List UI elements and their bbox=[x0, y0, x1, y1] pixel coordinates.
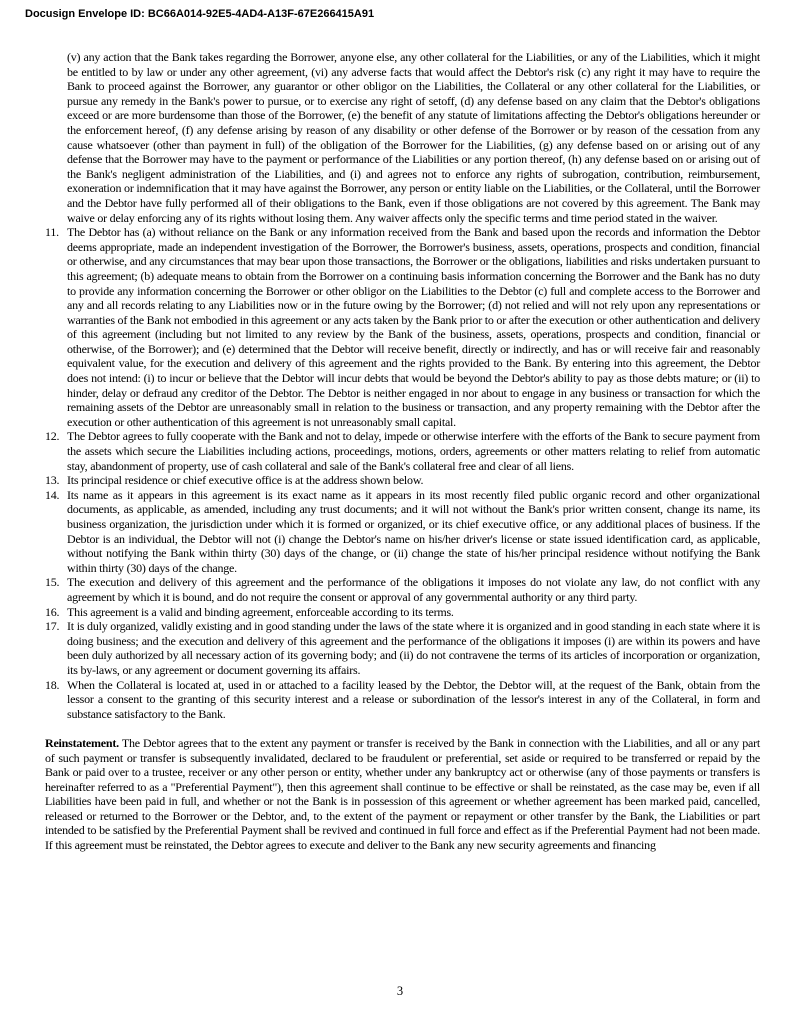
list-item-text: The Debtor agrees to fully cooperate wit… bbox=[67, 429, 760, 472]
numbered-list: 11.The Debtor has (a) without reliance o… bbox=[45, 225, 760, 721]
list-item-number: 13. bbox=[45, 473, 59, 488]
reinstatement-label: Reinstatement. bbox=[45, 736, 119, 750]
list-item-number: 16. bbox=[45, 605, 59, 620]
list-item-number: 12. bbox=[45, 429, 59, 444]
continuation-paragraph: (v) any action that the Bank takes regar… bbox=[67, 50, 760, 225]
list-item-text: Its name as it appears in this agreement… bbox=[67, 488, 760, 575]
list-item-number: 15. bbox=[45, 575, 59, 590]
list-item-text: This agreement is a valid and binding ag… bbox=[67, 605, 454, 619]
page-number: 3 bbox=[0, 984, 800, 999]
list-item-text: The execution and delivery of this agree… bbox=[67, 575, 760, 604]
document-content: (v) any action that the Bank takes regar… bbox=[45, 50, 760, 853]
list-item: 15.The execution and delivery of this ag… bbox=[45, 575, 760, 604]
document-page: { "header": { "docusign_id": "Docusign E… bbox=[0, 0, 800, 1035]
list-item-text: When the Collateral is located at, used … bbox=[67, 678, 760, 721]
reinstatement-text: The Debtor agrees that to the extent any… bbox=[45, 736, 760, 852]
list-item-number: 14. bbox=[45, 488, 59, 503]
list-item-number: 11. bbox=[45, 225, 59, 240]
list-item: 14.Its name as it appears in this agreem… bbox=[45, 488, 760, 576]
docusign-envelope-id: Docusign Envelope ID: BC66A014-92E5-4AD4… bbox=[25, 8, 374, 20]
list-item-text: It is duly organized, validly existing a… bbox=[67, 619, 760, 677]
list-item-text: The Debtor has (a) without reliance on t… bbox=[67, 225, 760, 429]
list-item-text: Its principal residence or chief executi… bbox=[67, 473, 423, 487]
list-item: 13.Its principal residence or chief exec… bbox=[45, 473, 760, 488]
list-item: 18.When the Collateral is located at, us… bbox=[45, 678, 760, 722]
list-item: 12.The Debtor agrees to fully cooperate … bbox=[45, 429, 760, 473]
reinstatement-paragraph: Reinstatement. The Debtor agrees that to… bbox=[45, 736, 760, 853]
list-item: 16.This agreement is a valid and binding… bbox=[45, 605, 760, 620]
list-item-number: 17. bbox=[45, 619, 59, 634]
list-item: 17.It is duly organized, validly existin… bbox=[45, 619, 760, 677]
list-item: 11.The Debtor has (a) without reliance o… bbox=[45, 225, 760, 429]
list-item-number: 18. bbox=[45, 678, 59, 693]
